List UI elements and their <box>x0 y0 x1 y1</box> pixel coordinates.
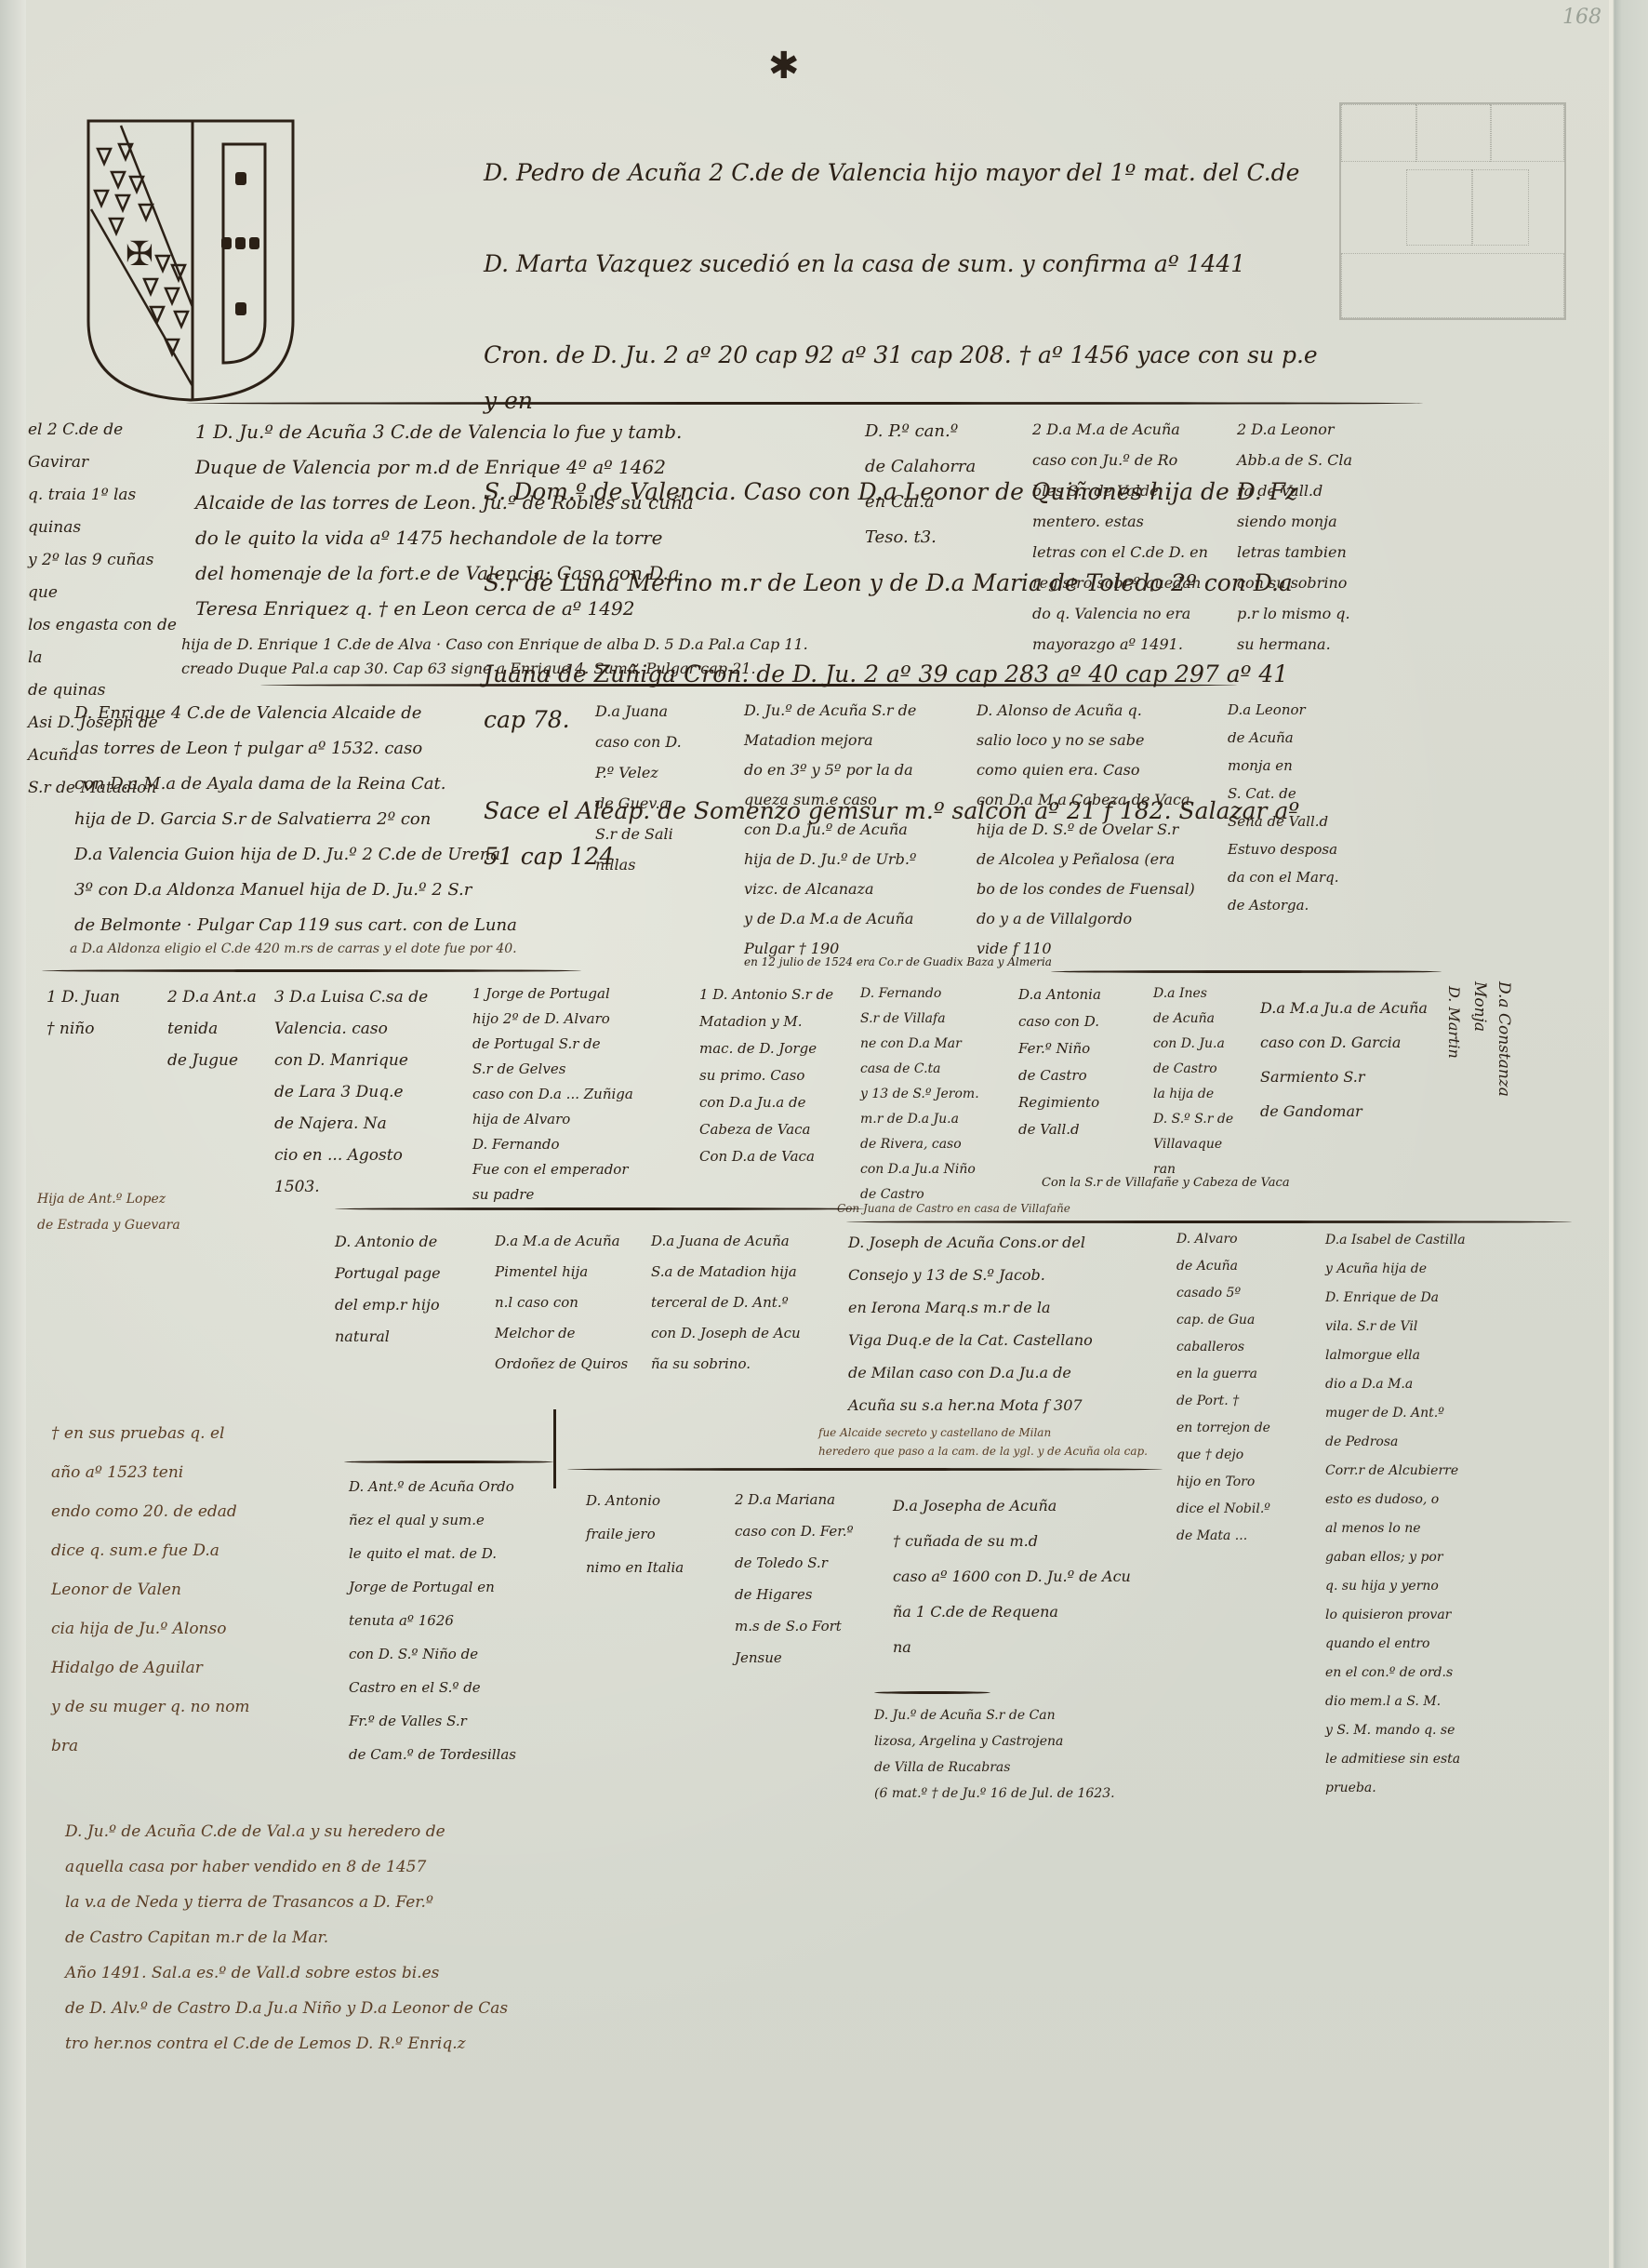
entry-leonor-acuna: D.a Leonor de Acuña monja en S. Cat. de … <box>1228 696 1404 919</box>
footnote: a D.a Aldonza eligio el C.de 420 m.rs de… <box>70 940 739 960</box>
header-line: Cron. de D. Ju. 2 aº 20 cap 92 aº 31 cap… <box>484 332 1321 423</box>
bracket-line <box>874 1691 990 1694</box>
entry-martin-vertical: D. Martin <box>1442 986 1465 1059</box>
entry-maria-acuna: 2 D.a M.a de Acuña caso con Ju.º de Ro b… <box>1032 414 1218 660</box>
entry-maria-gandomar: D.a M.a Ju.a de Acuña caso con D. Garcia… <box>1260 991 1446 1128</box>
header-line: D. Marta Vazquez sucedió en la casa de s… <box>484 241 1321 287</box>
entry-ines-acuna: D.a Ines de Acuña con D. Ju.a de Castro … <box>1153 981 1265 1182</box>
entry-jorge-portugal: 1 Jorge de Portugal hijo 2º de D. Alvaro… <box>472 981 696 1207</box>
bottom-note: D. Ju.º de Acuña C.de de Val.a y su here… <box>65 1814 623 2061</box>
entry-antonia-acuna: D.a Antonia caso con D. Fer.º Niño de Ca… <box>1018 981 1149 1143</box>
entry-antonio-portugal: D. Antonio de Portugal page del emp.r hi… <box>335 1226 484 1353</box>
entry-antonio-acuna-ordonez: D. Ant.º de Acuña Ordo ñez el qual y sum… <box>349 1470 572 1771</box>
manuscript-page: 168 ✱ ✠ <box>0 0 1648 2268</box>
entry-leonor-abadesa: 2 D.a Leonor Abb.a de S. Cla ra de Vall.… <box>1237 414 1404 660</box>
entry-josepha-acuna: D.a Josepha de Acuña † cuñada de su m.d … <box>893 1488 1172 1665</box>
margin-note: † en sus pruebas q. el año aº 1523 teni … <box>51 1414 358 1766</box>
entry-mariana-acuna: 2 D.a Mariana caso con D. Fer.º de Toled… <box>735 1484 874 1674</box>
entry-alvaro-acuna: D. Alvaro de Acuña casado 5º cap. de Gua… <box>1176 1226 1316 1550</box>
entry-maria-pimentel: D.a M.a de Acuña Pimentel hija n.l caso … <box>495 1226 644 1380</box>
entry-alonso-acuna: D. Alonso de Acuña q. salio loco y no se… <box>977 696 1218 964</box>
bleed-through-arms-icon <box>1339 102 1566 320</box>
bracket-line <box>1051 970 1442 973</box>
entry-constanza-vertical: D.a Constanza Monja <box>1467 981 1516 1114</box>
entry-fernando-villafane: D. Fernando S.r de Villafa ne con D.a Ma… <box>860 981 1018 1207</box>
entry-juan-nino: 1 D. Juan † niño <box>47 981 158 1045</box>
entry-juan-matadion: D. Ju.º de Acuña S.r de Matadion mejora … <box>744 696 958 964</box>
folio-number: 168 <box>1562 6 1601 29</box>
bracket-line <box>335 1207 865 1210</box>
page-right-edge <box>1609 0 1648 2268</box>
entry-antonia-tenida: 2 D.a Ant.a tenida de Jugue <box>167 981 279 1076</box>
svg-text:✠: ✠ <box>126 235 153 273</box>
entry-antonio-fraile: D. Antonio fraile jero nimo en Italia <box>586 1484 725 1584</box>
header-line: D. Pedro de Acuña 2 C.de de Valencia hij… <box>484 150 1321 195</box>
entry-antonio-matadion: 1 D. Antonio S.r de Matadion y M. mac. d… <box>699 981 876 1170</box>
entry-luisa-acuna: 3 D.a Luisa C.sa de Valencia. caso con D… <box>274 981 460 1203</box>
entry-juan-acuna-3-conde: 1 D. Ju.º de Acuña 3 C.de de Valencia lo… <box>195 414 865 626</box>
coat-of-arms-icon: ✠ <box>84 116 298 405</box>
entry-juana-acuna-matadion: D.a Juana de Acuña S.a de Matadion hija … <box>651 1226 846 1380</box>
footnote: Con Juana de Castro en casa de Villafañe <box>837 1200 1172 1218</box>
entry-enrique-4-conde: D. Enrique 4 C.de de Valencia Alcaide de… <box>74 696 577 943</box>
margin-note: Hija de Ant.º Lopez de Estrada y Guevara <box>37 1186 251 1238</box>
bracket-line <box>260 684 1237 687</box>
page-left-edge <box>0 0 26 2268</box>
footnote: fue Alcaide secreto y castellano de Mila… <box>818 1423 1172 1461</box>
footnote: Con la S.r de Villafañe y Cabeza de Vaca <box>1042 1174 1618 1193</box>
entry-pedro-calahorra: D. P.º can.º de Calahorra en Cal.a Teso.… <box>865 414 1004 555</box>
entry-joseph-acuna: D. Joseph de Acuña Cons.or del Consejo y… <box>848 1226 1155 1421</box>
bracket-line <box>567 1468 1163 1471</box>
bracket-line <box>344 1461 553 1463</box>
bracket-line <box>42 969 581 972</box>
entry-juana-acuna: D.a Juana caso con D. P.º Velez de Guev.… <box>595 696 725 880</box>
bracket-line <box>846 1221 1572 1223</box>
asterisk-mark: ✱ <box>768 45 800 87</box>
entry-juan-acuna-requena: D. Ju.º de Acuña S.r de Can lizosa, Arge… <box>874 1702 1358 1807</box>
bracket-line <box>186 402 1423 405</box>
